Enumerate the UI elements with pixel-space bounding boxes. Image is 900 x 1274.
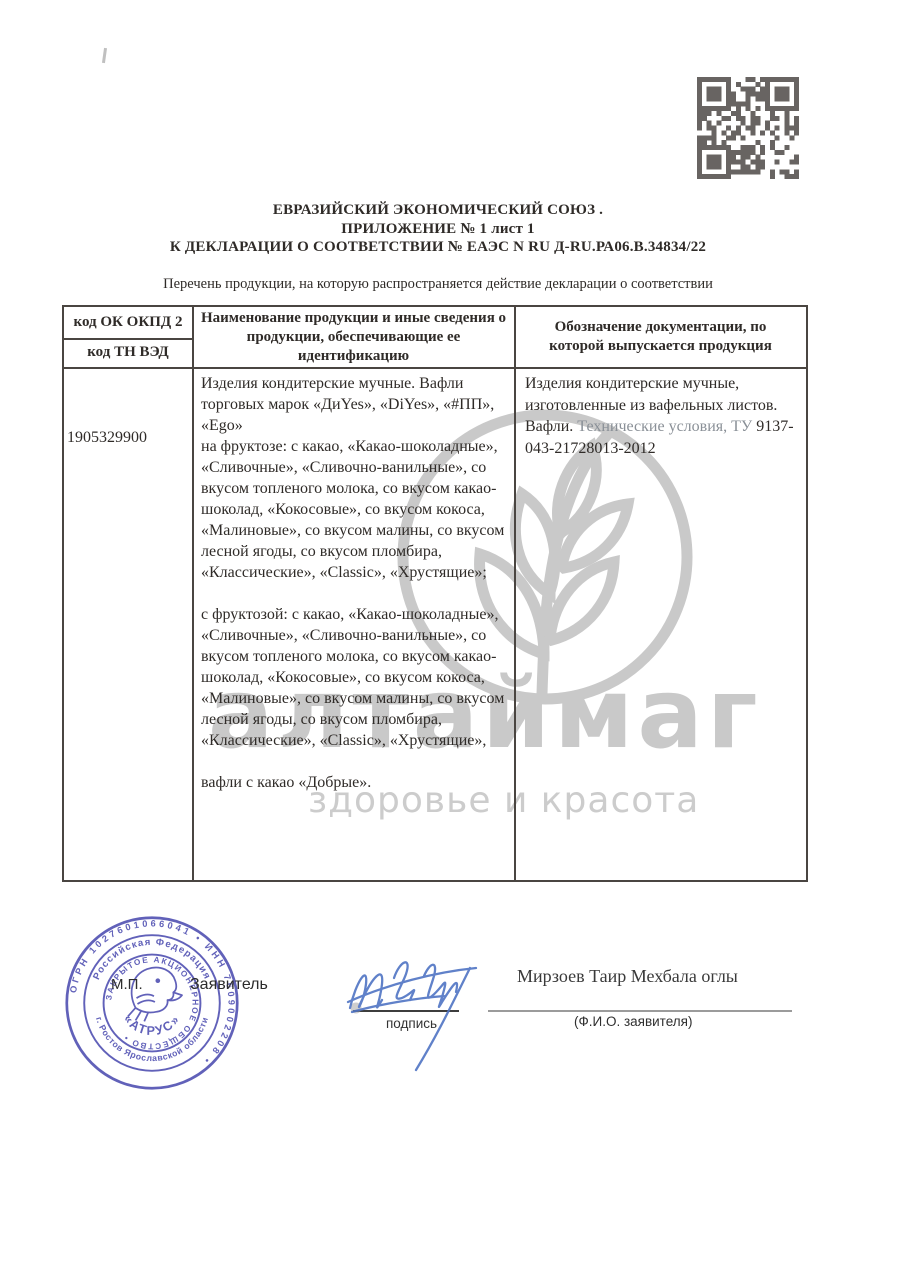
header-line-union: ЕВРАЗИЙСКИЙ ЭКОНОМИЧЕСКИЙ СОЮЗ .	[0, 201, 876, 220]
documentation-text: Технические условия, ТУ	[577, 418, 756, 435]
mp-label: М.П.	[111, 976, 143, 993]
scan-artifact	[102, 48, 107, 63]
qr-code	[697, 77, 799, 179]
qr-code-icon	[697, 77, 799, 179]
table-header-tnved: код ТН ВЭД	[64, 338, 192, 367]
stamp-company-name-text: «АТРУС»	[121, 1012, 183, 1038]
document-subtitle: Перечень продукции, на которую распростр…	[0, 276, 876, 293]
product-paragraph: на фруктозе: с какао, «Какао-шоколадные»…	[201, 436, 506, 583]
table-header-documentation: Обозначение документации, по которой вып…	[515, 307, 806, 367]
product-paragraph: с фруктозой: с какао, «Какао-шоколадные»…	[201, 604, 506, 751]
signature-ink-icon	[340, 938, 515, 1088]
table-cell-code: 1905329900	[64, 367, 192, 880]
document-page: ЕВРАЗИЙСКИЙ ЭКОНОМИЧЕСКИЙ СОЮЗ . ПРИЛОЖЕ…	[0, 0, 900, 1274]
applicant-label: Заявитель	[190, 976, 268, 994]
table-header-product-name: Наименование продукции и иные сведения о…	[193, 307, 514, 367]
header-line-annex: ПРИЛОЖЕНИЕ № 1 лист 1	[0, 220, 876, 239]
products-table: код ОК ОКПД 2 код ТН ВЭД Наименование пр…	[62, 305, 808, 882]
table-header-okpd: код ОК ОКПД 2	[64, 307, 192, 338]
fio-caption: (Ф.И.О. заявителя)	[574, 1014, 692, 1029]
document-header: ЕВРАЗИЙСКИЙ ЭКОНОМИЧЕСКИЙ СОЮЗ . ПРИЛОЖЕ…	[0, 201, 876, 257]
table-cell-product-description: Изделия кондитерские мучные. Вафли торго…	[193, 367, 514, 880]
company-stamp-icon: ОГРН 1027601066041 • ИНН 7609002208 • Ро…	[60, 911, 244, 1095]
fio-line	[488, 1010, 792, 1012]
table-cell-documentation: Изделия кондитерские мучные, изготовленн…	[515, 367, 806, 880]
product-paragraph: Изделия кондитерские мучные. Вафли торго…	[201, 373, 506, 436]
svg-text:«АТРУС»: «АТРУС»	[121, 1012, 183, 1038]
header-line-declaration-number: К ДЕКЛАРАЦИИ О СООТВЕТСТВИИ № ЕАЭС N RU …	[0, 238, 876, 257]
product-paragraph: вафли с какао «Добрые».	[201, 772, 506, 793]
applicant-full-name: Мирзоев Таир Мехбала оглы	[517, 966, 738, 987]
signature-caption: подпись	[386, 1016, 437, 1031]
